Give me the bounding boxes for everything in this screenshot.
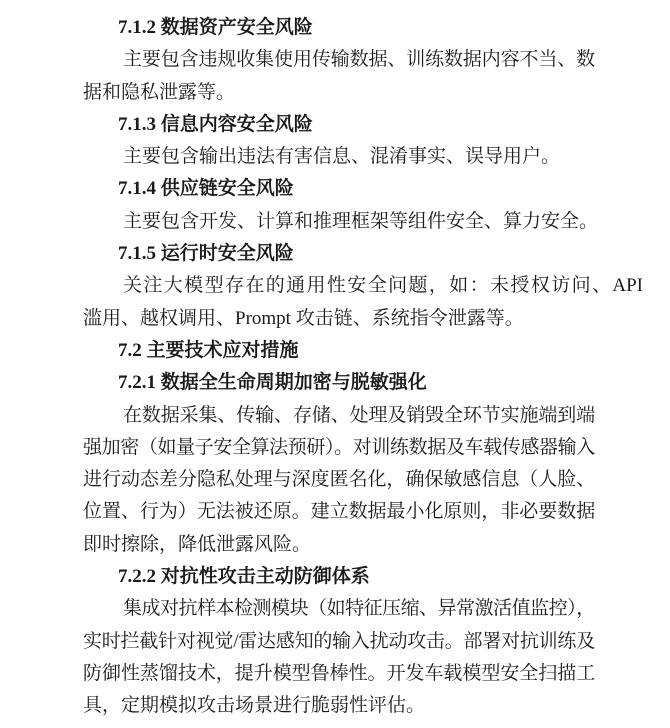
body-line: 在数据采集、传输、存储、处理及销毁全环节实施端到端 [83,400,594,432]
body-line: 主要包含开发、计算和推理框架等组件安全、算力安全。 [83,206,594,238]
body-line: 集成对抗样本检测模块（如特征压缩、异常激活值监控）， [83,593,594,625]
heading-7-1-3: 7.1.3 信息内容安全风险 [83,109,594,141]
body-line: 具，定期模拟攻击场景进行脆弱性评估。 [83,690,594,722]
body-line: 主要包含输出违法有害信息、混淆事实、误导用户。 [83,141,594,173]
body-line: 关注大模型存在的通用性安全问题，如：未授权访问、API [83,270,643,302]
heading-7-1-5: 7.1.5 运行时安全风险 [83,238,594,270]
heading-7-2: 7.2 主要技术应对措施 [83,335,594,367]
body-line: 滥用、越权调用、Prompt 攻击链、系统指令泄露等。 [83,303,594,335]
heading-7-2-1: 7.2.1 数据全生命周期加密与脱敏强化 [83,367,594,399]
body-line: 据和隐私泄露等。 [83,77,594,109]
document-page: 7.1.2 数据资产安全风险 主要包含违规收集使用传输数据、训练数据内容不当、数… [0,0,670,728]
heading-7-1-4: 7.1.4 供应链安全风险 [83,173,594,205]
body-line: 强加密（如量子安全算法预研）。对训练数据及车载传感器输入 [83,432,594,464]
heading-7-2-2: 7.2.2 对抗性攻击主动防御体系 [83,561,594,593]
body-line: 主要包含违规收集使用传输数据、训练数据内容不当、数 [83,44,594,76]
heading-7-1-2: 7.1.2 数据资产安全风险 [83,12,594,44]
body-line: 防御性蒸馏技术，提升模型鲁棒性。开发车载模型安全扫描工 [83,658,594,690]
body-line: 进行动态差分隐私处理与深度匿名化，确保敏感信息（人脸、 [83,464,594,496]
body-line: 实时拦截针对视觉/雷达感知的输入扰动攻击。部署对抗训练及 [83,626,594,658]
body-line: 即时擦除，降低泄露风险。 [83,529,594,561]
body-line: 位置、行为）无法被还原。建立数据最小化原则，非必要数据 [83,496,594,528]
